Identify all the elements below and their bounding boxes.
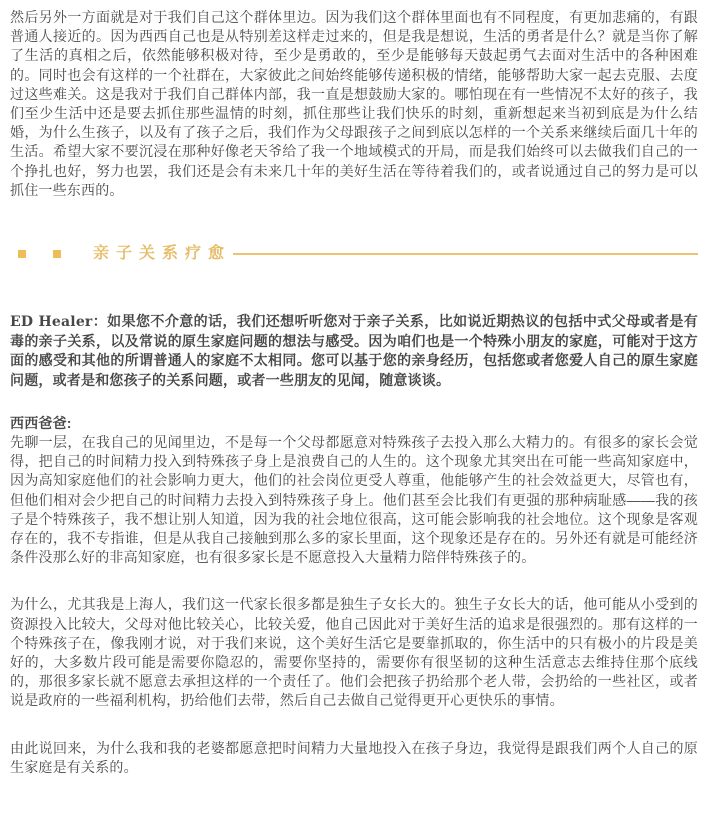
- speaker-label: 西西爸爸:: [10, 414, 698, 433]
- section-divider-line: [233, 253, 698, 255]
- square-bullet-icon: [18, 250, 26, 258]
- page: { "theme": { "background": "#ffffff", "t…: [0, 0, 708, 827]
- paragraph-question: ED Healer：如果您不介意的话，我们还想听听您对于亲子关系，比如说近期热议…: [10, 312, 698, 390]
- section-header: 亲子关系疗愈: [10, 246, 698, 262]
- paragraph-answer-3: 由此说回来，为什么我和我的老婆都愿意把时间精力大量地投入在孩子身边，我觉得是跟我…: [10, 739, 698, 777]
- paragraph-answer-1: 西西爸爸:先聊一层，在我自己的见闻里边，不是每一个父母都愿意对特殊孩子去投入那么…: [10, 414, 698, 568]
- paragraph-answer-2: 为什么，尤其我是上海人，我们这一代家长很多都是独生子女长大的。独生子女长大的话，…: [10, 595, 698, 710]
- article-page: 然后另外一方面就是对于我们自己这个群体里边。因为我们这个群体里面也有不同程度，有…: [0, 0, 708, 827]
- square-bullet-icon: [53, 250, 61, 258]
- answer-text-1: 先聊一层，在我自己的见闻里边，不是每一个父母都愿意对特殊孩子去投入那么大精力的。…: [10, 434, 698, 565]
- paragraph-intro: 然后另外一方面就是对于我们自己这个群体里边。因为我们这个群体里面也有不同程度，有…: [10, 8, 698, 200]
- question-text: 如果您不介意的话，我们还想听听您对于亲子关系，比如说近期热议的包括中式父母或者是…: [10, 313, 698, 388]
- section-title: 亲子关系疗愈: [93, 246, 231, 262]
- interviewer-label: ED Healer：: [10, 314, 107, 330]
